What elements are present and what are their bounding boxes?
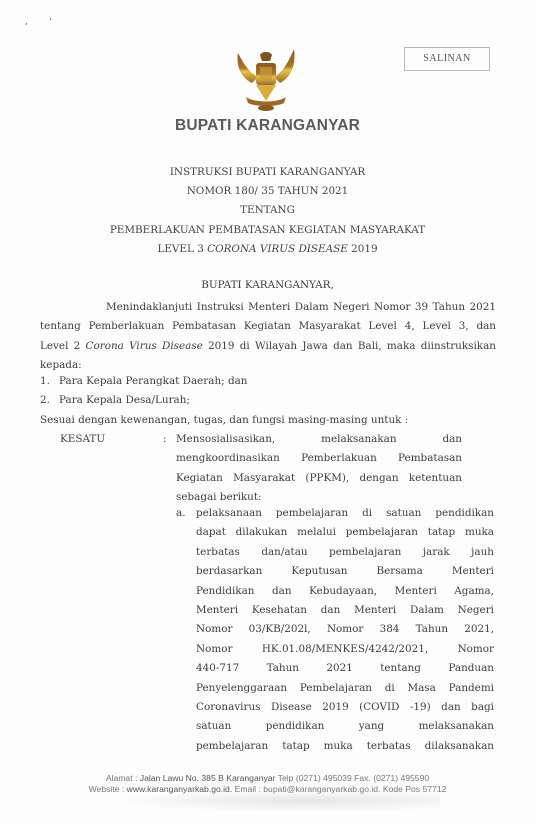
scan-smudge (110, 790, 440, 812)
footer-address: Alamat : Jalan Lawu No. 385 B Karanganya… (0, 773, 535, 784)
title-number: NOMOR 180/ 35 TAHUN 2021 (0, 182, 535, 201)
instruction-label: KESATU (60, 430, 105, 449)
official-heading: BUPATI KARANGANYAR, (0, 279, 535, 291)
title-subject: PEMBERLAKUAN PEMBATASAN KEGIATAN MASYARA… (0, 221, 535, 240)
authority-statement: Sesuai dengan kewenangan, tugas, dan fun… (40, 411, 496, 430)
title-line: INSTRUKSI BUPATI KARANGANYAR (0, 163, 535, 182)
letterhead-title: BUPATI KARANGANYAR (0, 117, 535, 135)
garuda-emblem-icon (234, 47, 298, 113)
document-page: ,' SALINAN BUPATI KARANGANYAR INSTRUKSI … (0, 0, 535, 824)
instruction-title: INSTRUKSI BUPATI KARANGANYAR NOMOR 180/ … (0, 163, 535, 259)
colon: : (163, 430, 167, 449)
sub-item-text: pelaksanaan pembelajaran di satuan pendi… (196, 504, 494, 756)
list-item: 2.Para Kepala Desa/Lurah; (40, 391, 496, 410)
intro-paragraph: Menindaklanjuti Instruksi Menteri Dalam … (40, 298, 496, 376)
list-item: 1.Para Kepala Perangkat Daerah; dan (40, 372, 496, 391)
sub-item-a: a. pelaksanaan pembelajaran di satuan pe… (176, 504, 494, 756)
salinan-stamp: SALINAN (404, 47, 490, 71)
title-tentang: TENTANG (0, 201, 535, 220)
title-subject-level: LEVEL 3 CORONA VIRUS DISEASE 2019 (0, 240, 535, 259)
instruction-text: Mensosialisasikan, melaksanakan dan meng… (176, 430, 462, 508)
sub-item-marker: a. (176, 504, 186, 523)
recipient-list: 1.Para Kepala Perangkat Daerah; dan 2.Pa… (40, 372, 496, 411)
scan-specks: ,' (25, 17, 74, 26)
